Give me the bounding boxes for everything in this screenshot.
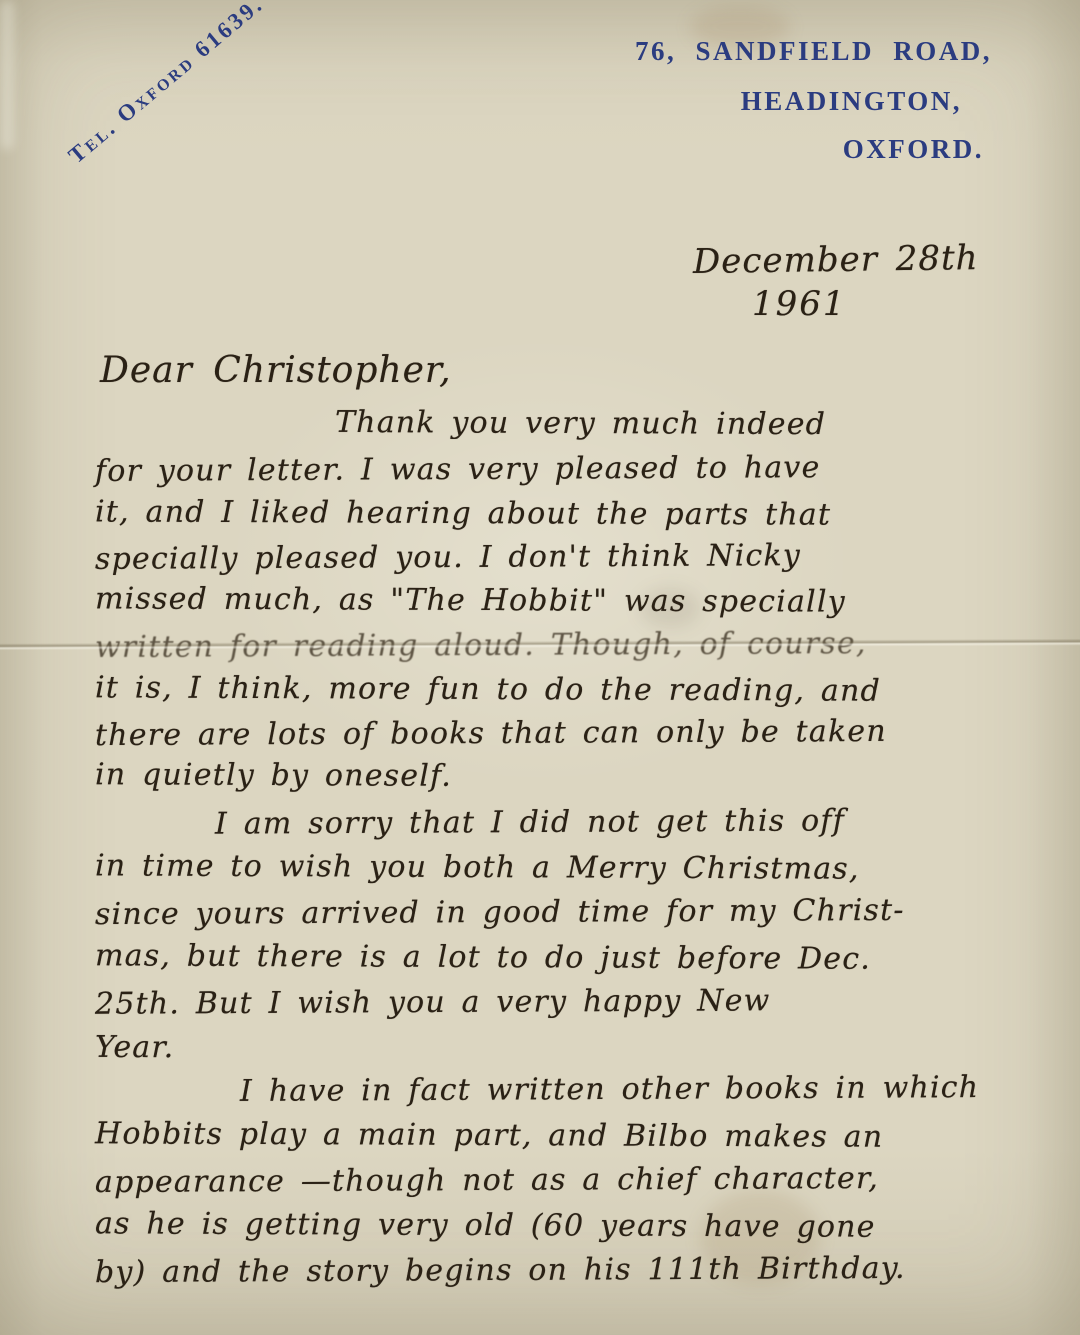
letter-line: 25th. But I wish you a very happy New	[95, 983, 771, 1022]
telephone-stamp: Tel. Oxford 61639.	[64, 0, 269, 169]
letter-line: since yours arrived in good time for my …	[95, 893, 905, 932]
letter-date-year: 1961	[752, 284, 847, 324]
letter-line: mas, but there is a lot to do just befor…	[95, 938, 871, 976]
paper-smudge	[0, 0, 14, 150]
letter-line: as he is getting very old (60 years have…	[95, 1206, 876, 1244]
letter-line: it is, I think, more fun to do the readi…	[95, 670, 881, 708]
letter-line: for your letter. I was very pleased to h…	[95, 450, 821, 489]
letter-line: in quietly by oneself.	[95, 757, 452, 794]
letter-salutation: Dear Christopher,	[100, 350, 452, 391]
letter-line: it, and I liked hearing about the parts …	[95, 494, 831, 532]
letter-line: I have in fact written other books in wh…	[240, 1070, 979, 1109]
letterhead-address-line: OXFORD.	[843, 134, 984, 165]
letter-line: by) and the story begins on his 111th Bi…	[95, 1251, 906, 1290]
letterhead-address-line: 76, SANDFIELD ROAD,	[635, 36, 992, 67]
letter-page: Tel. Oxford 61639. 76, SANDFIELD ROAD, H…	[0, 0, 1080, 1335]
letter-date: December 28th	[693, 238, 979, 282]
letterhead-address-line: HEADINGTON,	[741, 86, 962, 117]
letter-line: appearance —though not as a chief charac…	[95, 1161, 879, 1200]
letter-line: Hobbits play a main part, and Bilbo make…	[95, 1116, 883, 1154]
letter-line: missed much, as "The Hobbit" was special…	[95, 581, 846, 619]
letter-line: I am sorry that I did not get this off	[215, 803, 845, 841]
letter-line: in time to wish you both a Merry Christm…	[95, 848, 860, 886]
letter-line: specially pleased you. I don't think Nic…	[95, 538, 801, 577]
letter-line: Thank you very much indeed	[335, 405, 826, 442]
letter-line: there are lots of books that can only be…	[95, 714, 887, 753]
letter-line: Year.	[95, 1030, 175, 1065]
